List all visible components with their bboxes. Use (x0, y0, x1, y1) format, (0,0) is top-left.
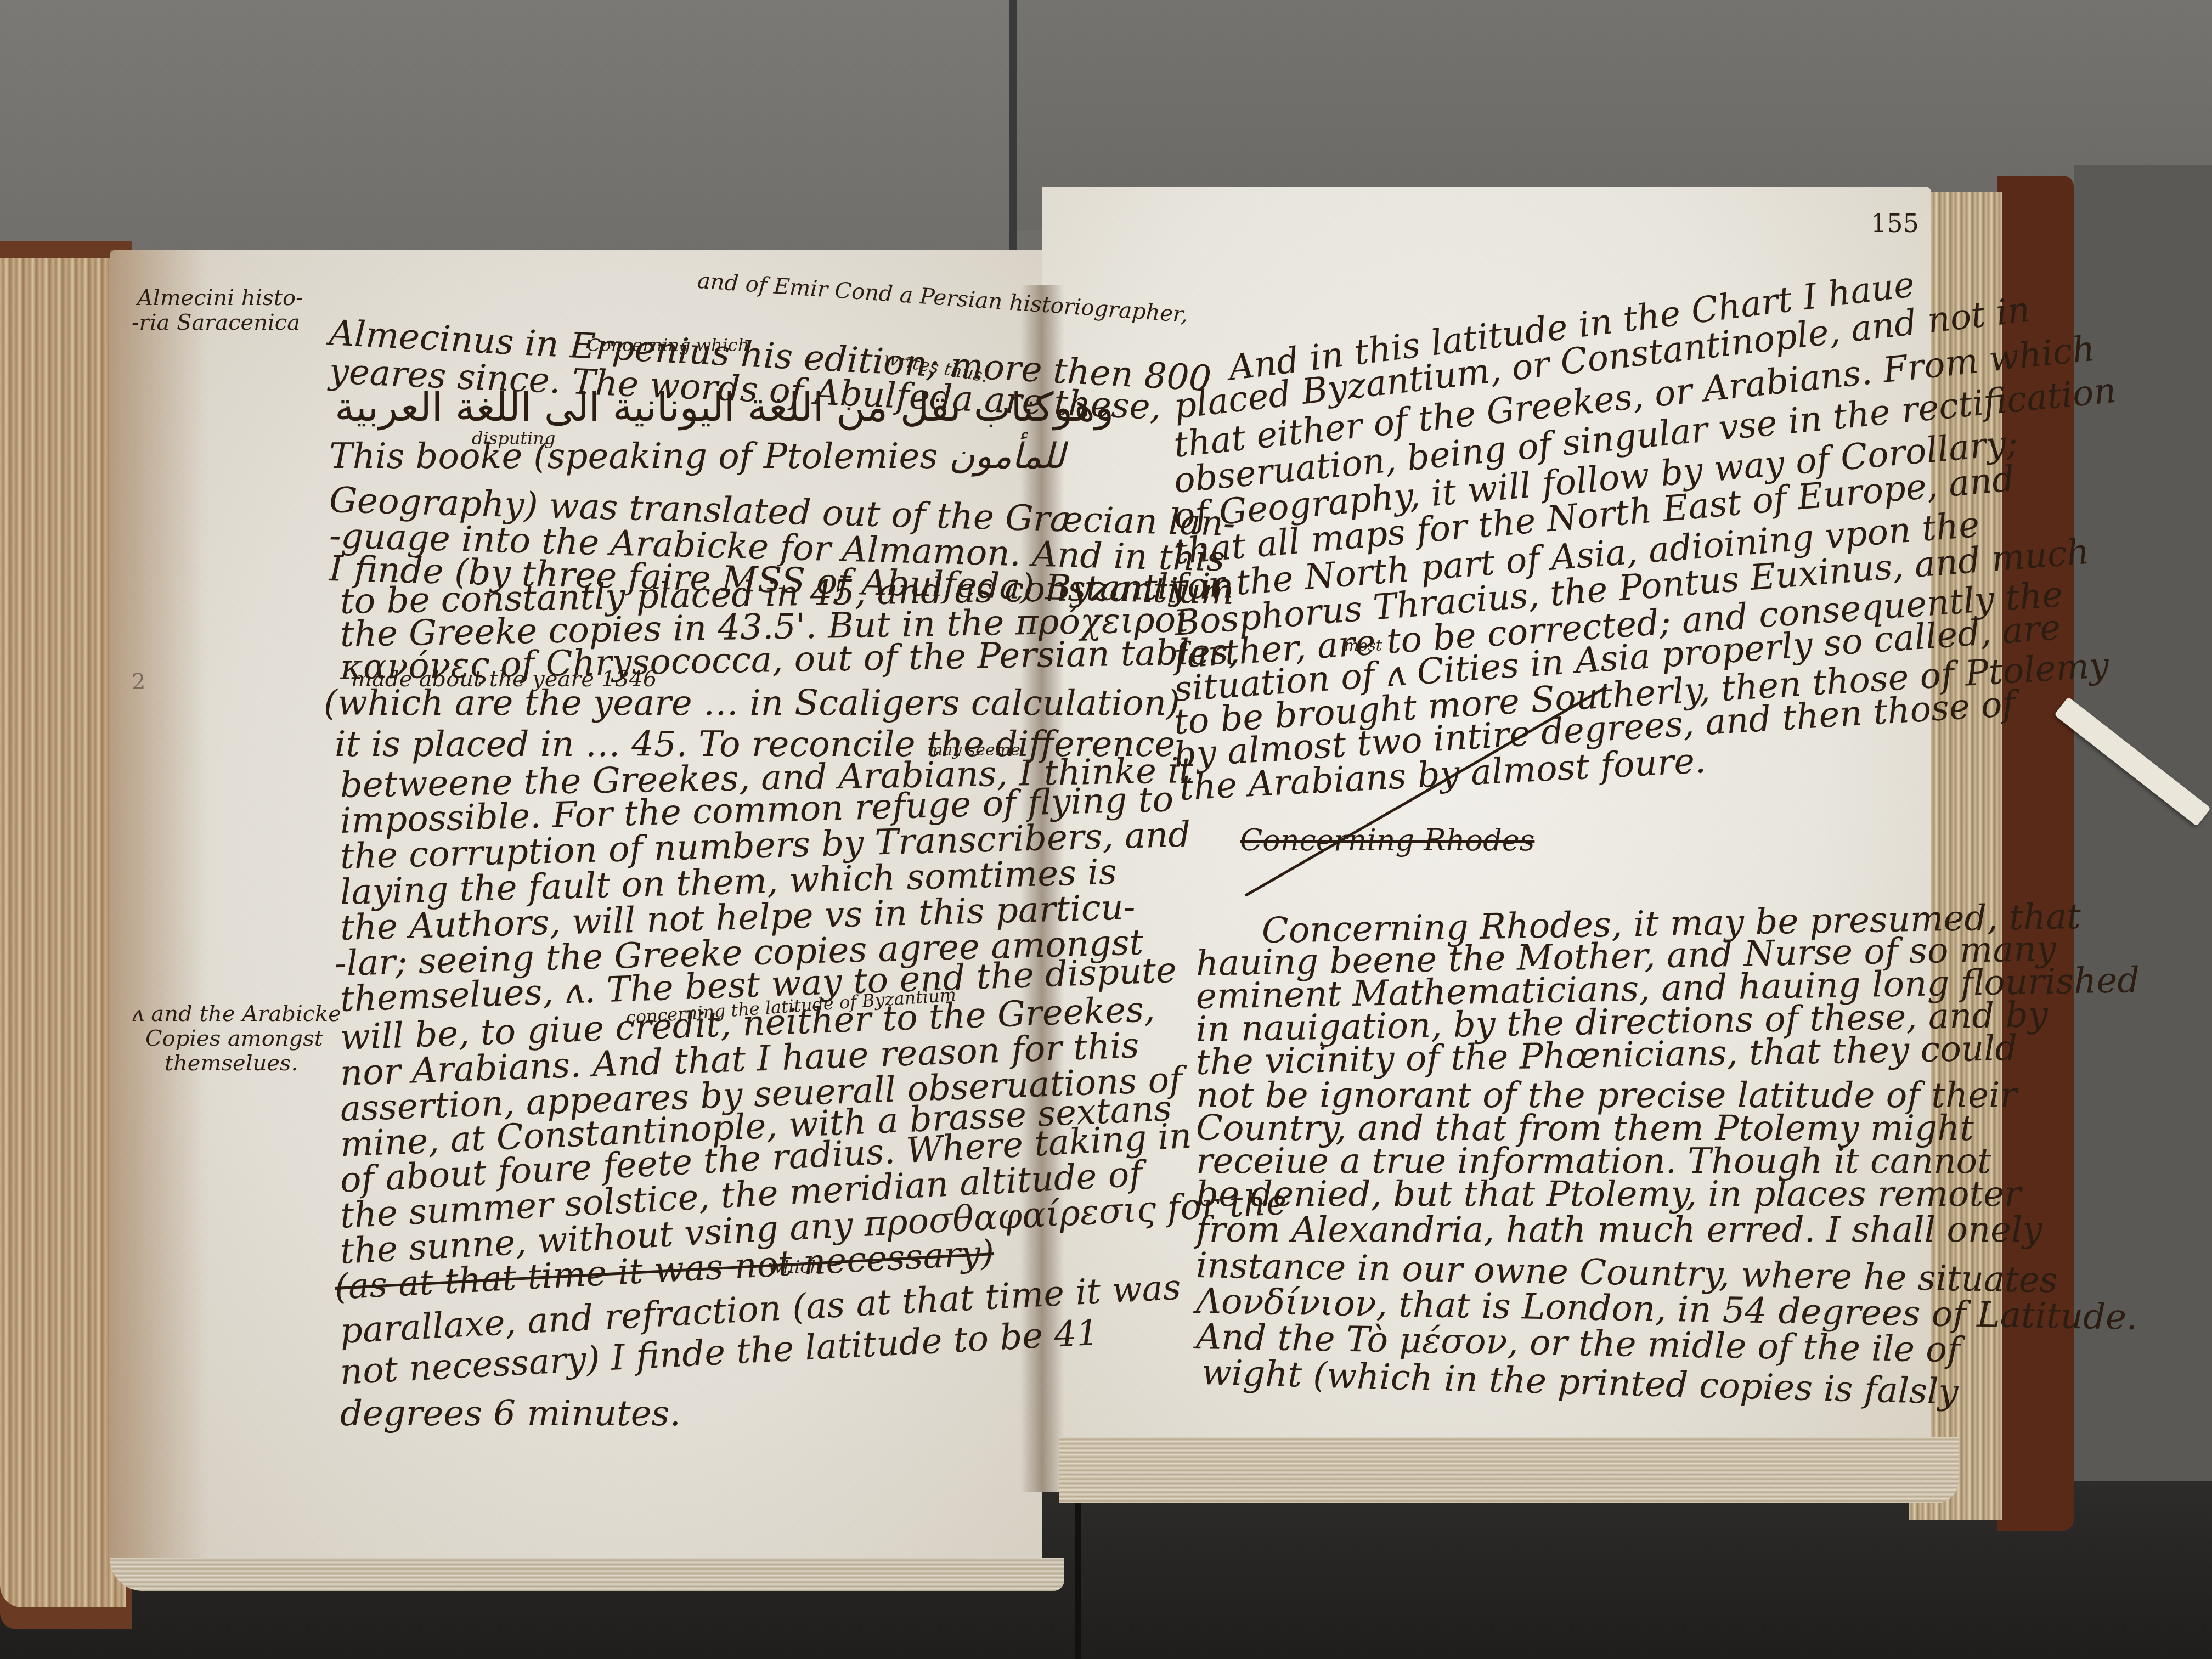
text-line: This booke (speaking of Ptolemies للمأمو… (329, 439, 1065, 474)
margin-note-top-2: -ria Saracenica (132, 310, 300, 335)
margin-note-lower-1: ʌ and the Arabicke (132, 1001, 341, 1026)
margin-note-number: 2 (132, 669, 145, 695)
text-line: (which are the yeare … in Scaligers calc… (324, 686, 1180, 721)
left-page-bottom-edge (110, 1558, 1064, 1591)
right-page-bottom-edge (1059, 1437, 1959, 1503)
cushion-seam (1075, 1481, 1081, 1659)
margin-note-lower-3: themselues. (165, 1051, 298, 1076)
arabic-text-line: وهوكتاب نقل من اللغة اليونانية الى اللغة… (335, 384, 1114, 430)
margin-note-top-1: Almecini histo- (137, 285, 303, 311)
text-line: from Alexandria, hath much erred. I shal… (1196, 1212, 2042, 1248)
left-page-stain (110, 250, 208, 1588)
insertion-most: most (1344, 636, 1382, 654)
page-number: 155 (1871, 208, 1919, 238)
text-line: be denied, but that Ptolemy, in places r… (1196, 1177, 2021, 1212)
text-line: degrees 6 minutes. (340, 1396, 681, 1431)
page-edges-left (0, 258, 126, 1607)
margin-note-lower-2: Copies amongst (145, 1026, 323, 1051)
table-surface (0, 0, 1015, 285)
struck-heading: Concerning Rhodes (1240, 826, 1534, 855)
